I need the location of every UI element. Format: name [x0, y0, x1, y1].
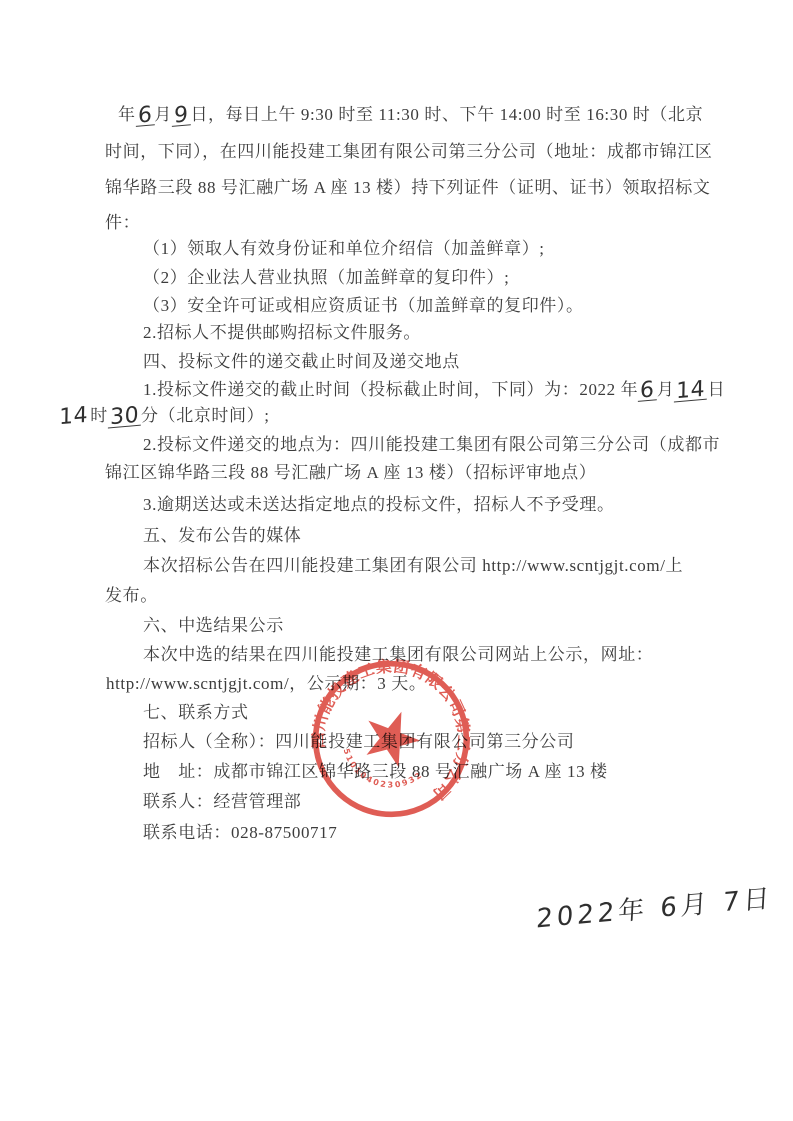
handwritten-signature-date: 2022年 6月 7日 [535, 877, 774, 935]
text-segment: 日 [708, 380, 726, 399]
handwritten-day: 14 [674, 381, 707, 403]
text-line: 3.逾期送达或未送达指定地点的投标文件，招标人不予受理。 [143, 493, 615, 517]
section-heading: 六、中选结果公示 [143, 614, 284, 638]
contact-person-line: 联系人：经营管理部 [143, 790, 301, 814]
text-segment: 日，每日上午 9:30 时至 11:30 时、下午 14:00 时至 16:30… [190, 105, 703, 124]
handwritten-month: 6 [135, 106, 154, 127]
text-segment: 月 [657, 380, 675, 399]
text-line: 1.投标文件递交的截止时间（投标截止时间，下同）为：2022 年6月14日 [143, 378, 725, 402]
list-item: （2）企业法人营业执照（加盖鲜章的复印件）; [143, 266, 509, 290]
handwritten-hour: 14 [57, 407, 90, 428]
text-line: 时间，下同），在四川能投建工集团有限公司第三分公司（地址：成都市锦江区 [105, 140, 713, 164]
handwritten-month: 6 [638, 381, 657, 402]
handwritten-minute: 30 [108, 407, 141, 429]
document-page: 年6月9日，每日上午 9:30 时至 11:30 时、下午 14:00 时至 1… [0, 0, 793, 1121]
text-line: 发布。 [105, 584, 158, 608]
list-item: （1）领取人有效身份证和单位介绍信（加盖鲜章）; [143, 237, 545, 261]
text-segment: 时 [90, 406, 108, 425]
text-line: 2.招标人不提供邮购招标文件服务。 [143, 321, 421, 345]
list-item: （3）安全许可证或相应资质证书（加盖鲜章的复印件）。 [143, 294, 584, 318]
star-icon [357, 702, 428, 771]
contact-phone-line: 联系电话：028-87500717 [143, 821, 337, 845]
text-segment: 分（北京时间）; [141, 406, 270, 425]
text-line: 年6月9日，每日上午 9:30 时至 11:30 时、下午 14:00 时至 1… [118, 103, 703, 127]
text-line: 锦江区锦华路三段 88 号汇融广场 A 座 13 楼）（招标评审地点） [105, 461, 596, 485]
section-heading: 四、投标文件的递交截止时间及递交地点 [143, 350, 460, 374]
text-line: 14时30分（北京时间）; [57, 404, 270, 428]
text-line: 锦华路三段 88 号汇融广场 A 座 13 楼）持下列证件（证明、证书）领取招标… [105, 176, 710, 200]
text-line: 件： [105, 211, 140, 235]
text-segment: 1.投标文件递交的截止时间（投标截止时间，下同）为：2022 年 [143, 380, 638, 399]
text-segment: 年 [118, 105, 136, 124]
section-heading: 五、发布公告的媒体 [143, 524, 301, 548]
text-line: 2.投标文件递交的地点为：四川能投建工集团有限公司第三分公司（成都市 [143, 433, 720, 457]
text-segment: 月 [154, 105, 172, 124]
text-line: 本次招标公告在四川能投建工集团有限公司 http://www.scntjgjt.… [143, 554, 683, 578]
section-heading: 七、联系方式 [143, 701, 249, 725]
handwritten-day: 9 [172, 106, 191, 127]
